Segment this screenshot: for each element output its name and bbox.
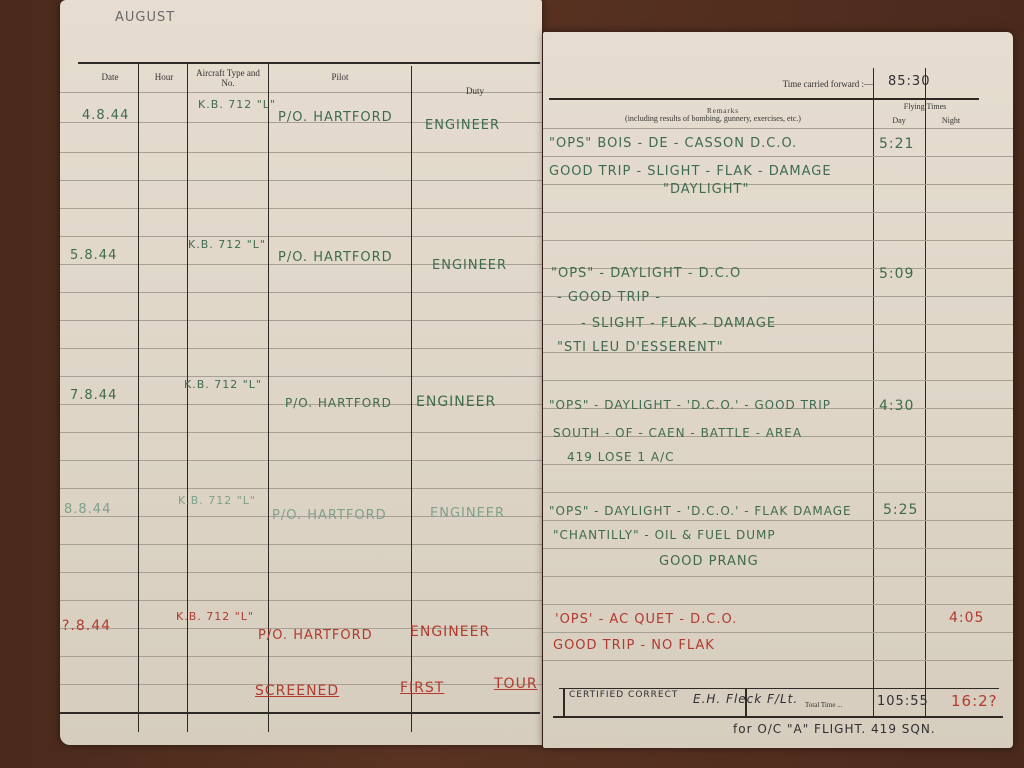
entry-aircraft: K.B. 712 "L"	[178, 494, 256, 507]
entry-pilot: P/O. HARTFORD	[278, 110, 393, 125]
remark-line: "DAYLIGHT"	[663, 182, 749, 197]
entry-aircraft: K.B. 712 "L"	[176, 610, 254, 623]
remark-line: "STI LEU D'ESSERENT"	[557, 340, 724, 355]
remarks-subheader: (including results of bombing, gunnery, …	[563, 114, 863, 124]
remark-line: "OPS" BOIS - DE - CASSON D.C.O.	[549, 136, 797, 151]
remark-line: "OPS" - DAYLIGHT - 'D.C.O.' - FLAK DAMAG…	[549, 504, 852, 518]
flying-time-day: 5:25	[883, 502, 918, 518]
entry-aircraft: K.B. 712 "L"	[188, 238, 266, 251]
flying-time-night: 4:05	[949, 610, 984, 626]
remark-line: 419 LOSE 1 A/C	[567, 450, 675, 464]
certified-label: CERTIFIED CORRECT	[569, 690, 689, 701]
entry-pilot: P/O. HARTFORD	[272, 508, 387, 523]
time-carried-forward-label: Time carried forward :—	[743, 79, 873, 89]
entry-date: 8.8.44	[64, 502, 111, 517]
header-duty: Duty	[430, 86, 520, 96]
flying-times-header: Flying Times	[873, 102, 977, 112]
day-label: Day	[873, 116, 925, 126]
month-label: AUGUST	[115, 10, 175, 25]
remark-line: - SLIGHT - FLAK - DAMAGE	[581, 316, 776, 331]
entry-aircraft: K.B. 712 "L"	[184, 378, 262, 391]
flight-signoff: for O/C "A" FLIGHT. 419 SQN.	[733, 722, 936, 736]
entry-duty: ENGINEER	[430, 506, 505, 521]
remark-line: GOOD TRIP - NO FLAK	[553, 638, 715, 653]
entry-duty: ENGINEER	[416, 394, 496, 410]
total-time-day: 105:55	[877, 694, 929, 709]
remark-line: 'OPS' - AC QUET - D.C.O.	[555, 612, 737, 627]
flying-time-day: 5:21	[879, 136, 914, 152]
flying-time-day: 5:09	[879, 266, 914, 282]
remark-line: - GOOD TRIP -	[557, 290, 661, 305]
signature: E.H. Fleck F/Lt.	[693, 692, 798, 706]
remark-line: GOOD PRANG	[659, 554, 759, 569]
entry-date: 7.8.44	[70, 388, 117, 403]
remark-line: "OPS" - DAYLIGHT - D.C.O	[551, 266, 741, 281]
logbook-left-page: AUGUST Date Hour Aircraft Type and No. P…	[60, 0, 542, 745]
header-pilot: Pilot	[280, 72, 400, 82]
entry-duty: ENGINEER	[410, 624, 490, 640]
tour-note: TOUR	[494, 676, 538, 692]
screened-note: SCREENED	[255, 683, 339, 699]
remark-line: "CHANTILLY" - OIL & FUEL DUMP	[553, 528, 776, 542]
total-time-night: 16:2?	[951, 692, 998, 710]
entry-pilot: P/O. HARTFORD	[278, 250, 393, 265]
remark-line: "OPS" - DAYLIGHT - 'D.C.O.' - GOOD TRIP	[549, 398, 831, 412]
entry-date: 4.8.44	[82, 108, 129, 123]
logbook-right-page: Time carried forward :— 85:30 Remarks (i…	[543, 32, 1013, 748]
entry-duty: ENGINEER	[432, 258, 507, 273]
header-aircraft: Aircraft Type and No.	[190, 68, 266, 88]
remark-line: GOOD TRIP - SLIGHT - FLAK - DAMAGE	[549, 164, 832, 179]
night-label: Night	[925, 116, 977, 126]
entry-pilot: P/O. HARTFORD	[258, 628, 373, 643]
remark-line: SOUTH - OF - CAEN - BATTLE - AREA	[553, 426, 802, 440]
header-date: Date	[90, 72, 130, 82]
entry-date: ?.8.44	[62, 618, 111, 634]
first-note: FIRST	[400, 680, 444, 696]
entry-duty: ENGINEER	[425, 118, 500, 133]
entry-date: 5.8.44	[70, 248, 117, 263]
entry-aircraft: K.B. 712 "L"	[198, 98, 276, 111]
total-time-label: Total Time ...	[805, 700, 885, 710]
flying-time-day: 4:30	[879, 398, 914, 414]
entry-pilot: P/O. HARTFORD	[285, 396, 392, 410]
header-hour: Hour	[142, 72, 186, 82]
